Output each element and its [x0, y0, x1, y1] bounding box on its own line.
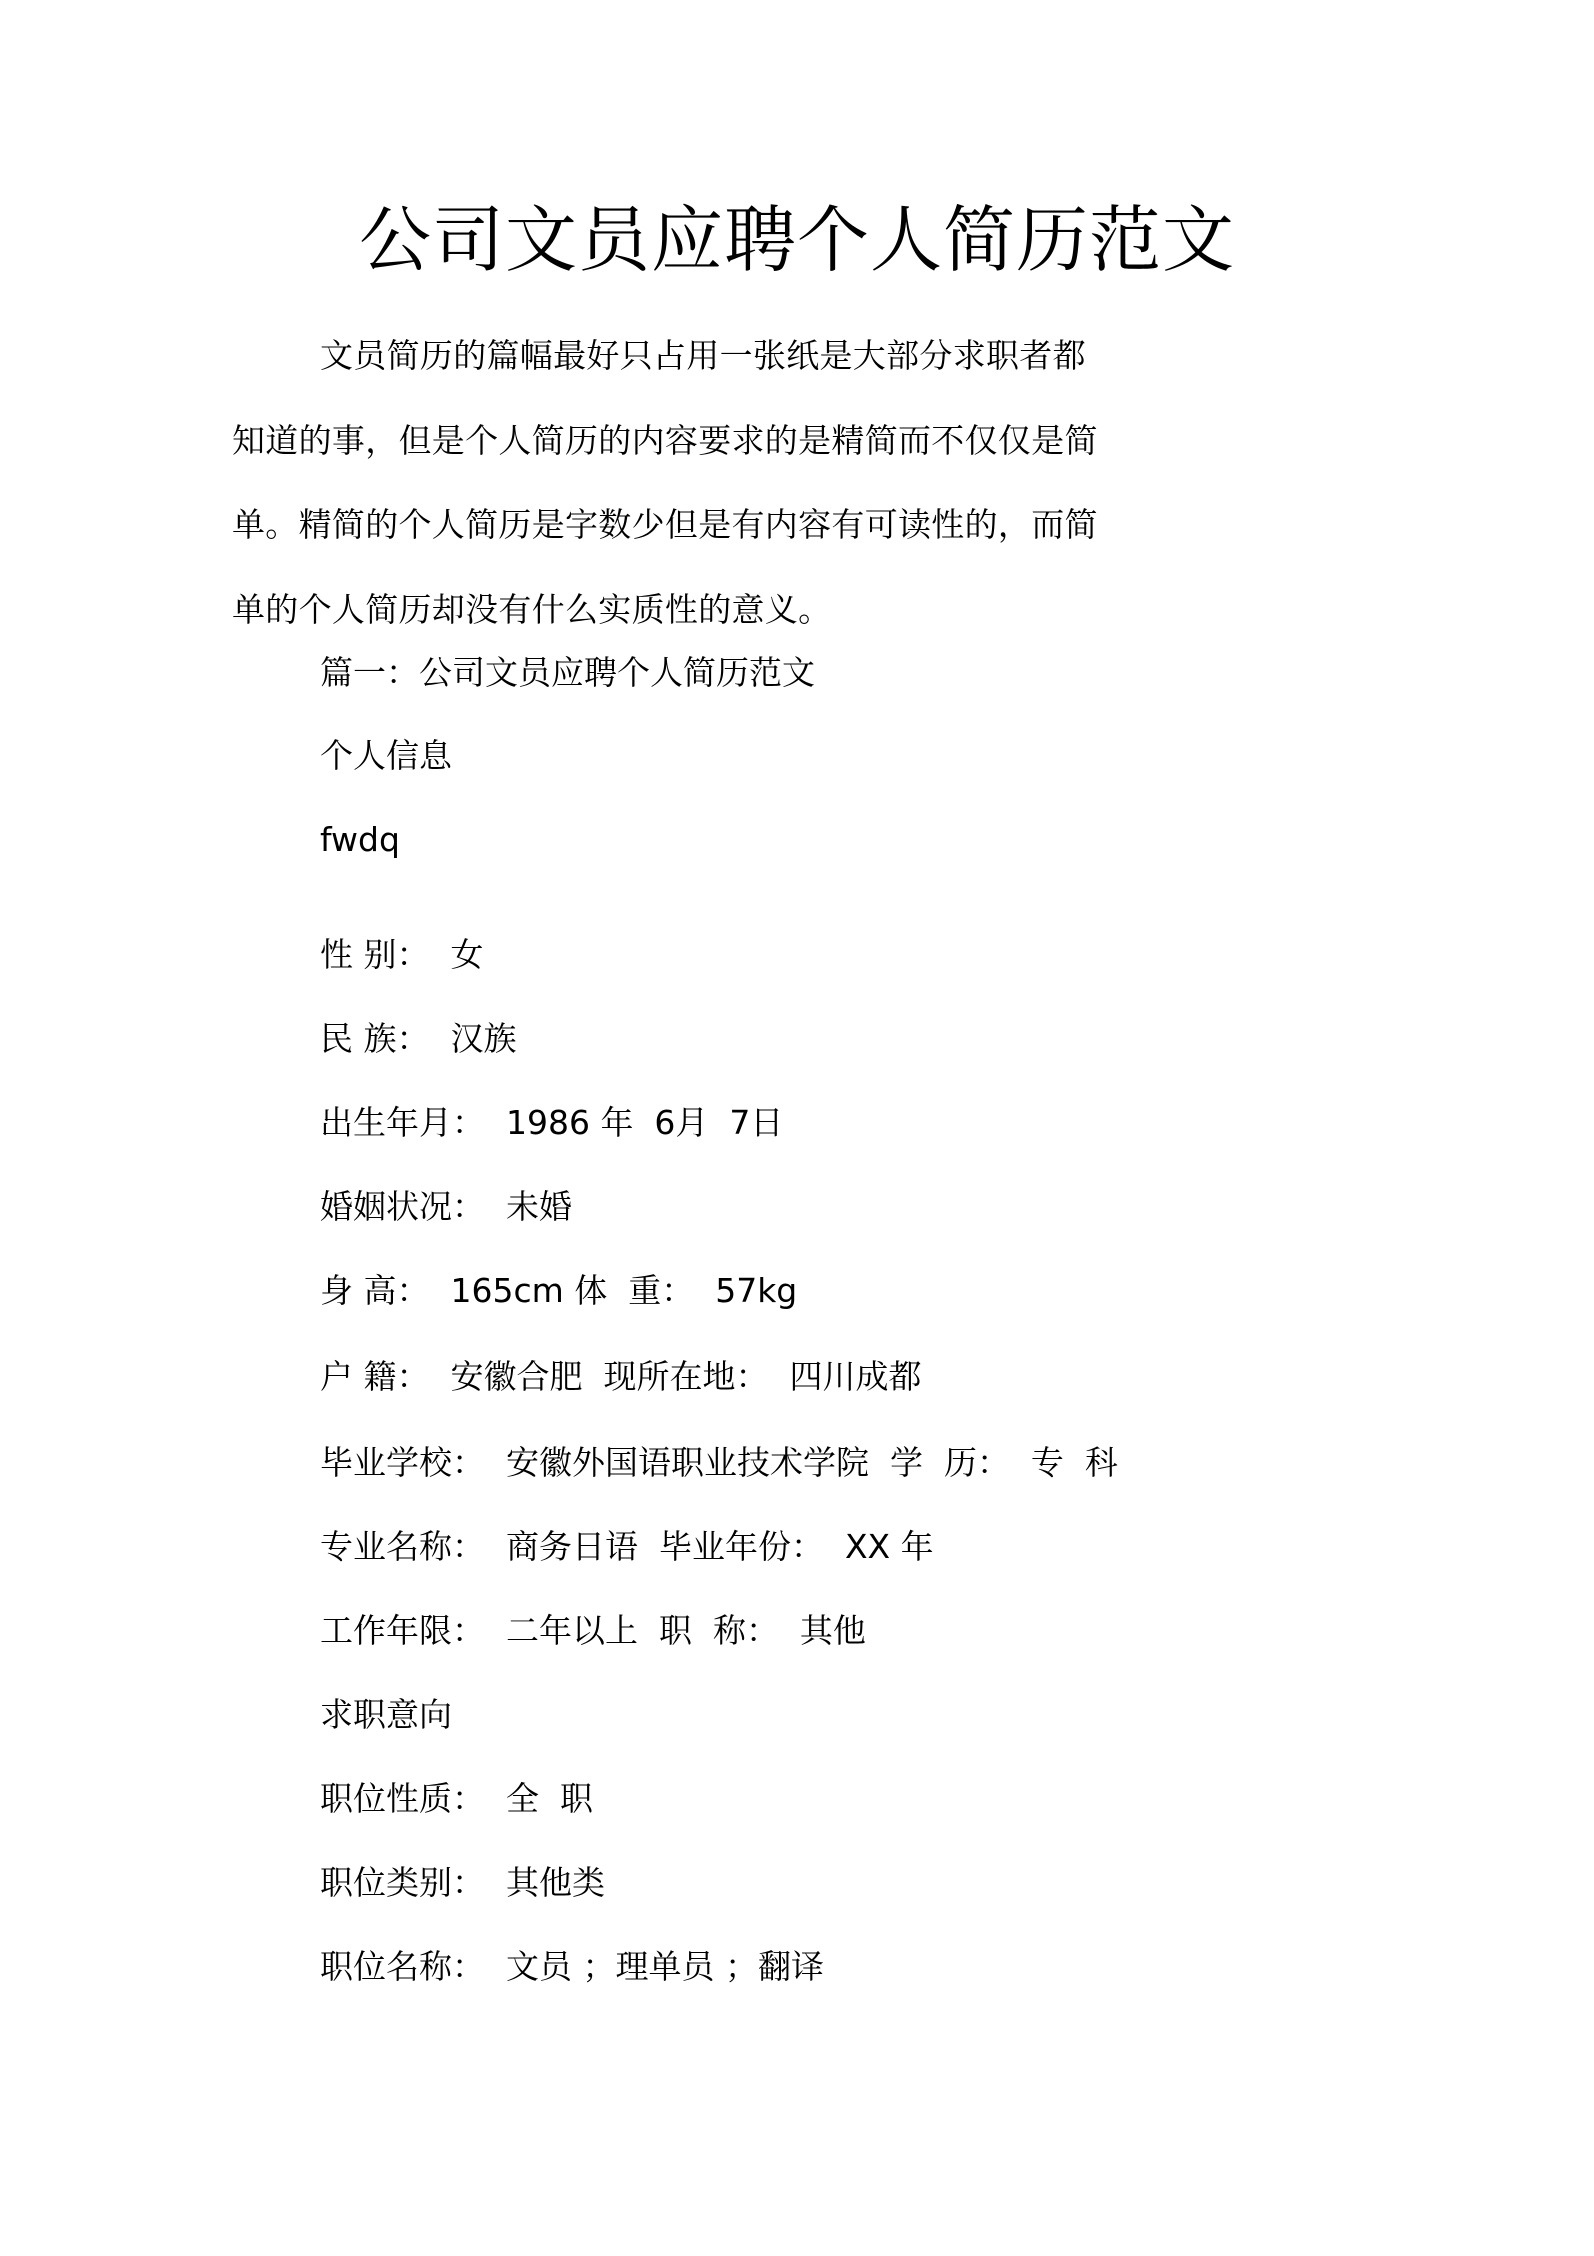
intro-line: 知道的事，但是个人简历的内容要求的是精简而不仅仅是简 [232, 399, 1152, 484]
intro-line: 单的个人简历却没有什么实质性的意义。 [232, 568, 1152, 653]
field-job-title: 职位名称： 文员 ；理单员 ；翻译 [320, 1942, 824, 1992]
field-major-graduation: 专业名称： 商务日语 毕业年份： XX 年 [320, 1522, 934, 1572]
field-label: 职位类别： [320, 1863, 485, 1902]
field-value: 二年以上 职 称： 其他 [485, 1611, 866, 1650]
intro-line: 单。精简的个人简历是字数少但是有内容有可读性的，而简 [232, 483, 1152, 568]
field-marital-status: 婚姻状况： 未婚 [320, 1182, 572, 1232]
field-value: 165cm 体 重： 57kg [430, 1271, 798, 1310]
field-value: 未婚 [485, 1187, 572, 1226]
field-label: 出生年月： [320, 1103, 485, 1142]
field-value: 其他类 [485, 1863, 605, 1902]
field-label: 身 高： [320, 1271, 430, 1310]
field-school-education: 毕业学校： 安徽外国语职业技术学院 学 历： 专 科 [320, 1438, 1118, 1488]
field-label: 工作年限： [320, 1611, 485, 1650]
field-experience-title: 工作年限： 二年以上 职 称： 其他 [320, 1606, 866, 1656]
job-intent-heading: 求职意向 [320, 1690, 452, 1740]
document-page: 公司文员应聘个人简历范文 文员简历的篇幅最好只占用一张纸是大部分求职者都 知道的… [0, 0, 1594, 2256]
field-value: 安徽合肥 现所在地： 四川成都 [430, 1357, 922, 1396]
document-title: 公司文员应聘个人简历范文 [0, 196, 1594, 284]
field-label: 户 籍： [320, 1357, 430, 1396]
section-heading: 篇一：公司文员应聘个人简历范文 [320, 648, 815, 698]
field-label: 毕业学校： [320, 1443, 485, 1482]
field-label: 民 族： [320, 1019, 430, 1058]
field-job-type: 职位性质： 全 职 [320, 1774, 593, 1824]
field-value: 全 职 [485, 1779, 593, 1818]
field-value: 1986 年 6月 7日 [485, 1103, 783, 1142]
field-value: 女 [430, 935, 484, 974]
field-label: 性 别： [320, 935, 430, 974]
field-label: 婚姻状况： [320, 1187, 485, 1226]
field-label: 专业名称： [320, 1527, 485, 1566]
field-value: 商务日语 毕业年份： XX 年 [485, 1527, 934, 1566]
field-job-category: 职位类别： 其他类 [320, 1858, 605, 1908]
intro-line: 文员简历的篇幅最好只占用一张纸是大部分求职者都 [232, 314, 1152, 399]
field-hometown-location: 户 籍： 安徽合肥 现所在地： 四川成都 [320, 1352, 921, 1402]
field-label: 职位名称： [320, 1947, 485, 1986]
field-ethnicity: 民 族： 汉族 [320, 1014, 516, 1064]
field-birthdate: 出生年月： 1986 年 6月 7日 [320, 1098, 783, 1148]
field-height-weight: 身 高： 165cm 体 重： 57kg [320, 1266, 797, 1316]
applicant-name: fwdq [320, 815, 400, 865]
field-label: 职位性质： [320, 1779, 485, 1818]
personal-info-heading: 个人信息 [320, 731, 452, 781]
field-gender: 性 别： 女 [320, 930, 483, 980]
field-value: 安徽外国语职业技术学院 学 历： 专 科 [485, 1443, 1118, 1482]
intro-paragraph: 文员简历的篇幅最好只占用一张纸是大部分求职者都 知道的事，但是个人简历的内容要求… [232, 314, 1152, 652]
field-value: 汉族 [430, 1019, 517, 1058]
field-value: 文员 ；理单员 ；翻译 [485, 1947, 824, 1986]
